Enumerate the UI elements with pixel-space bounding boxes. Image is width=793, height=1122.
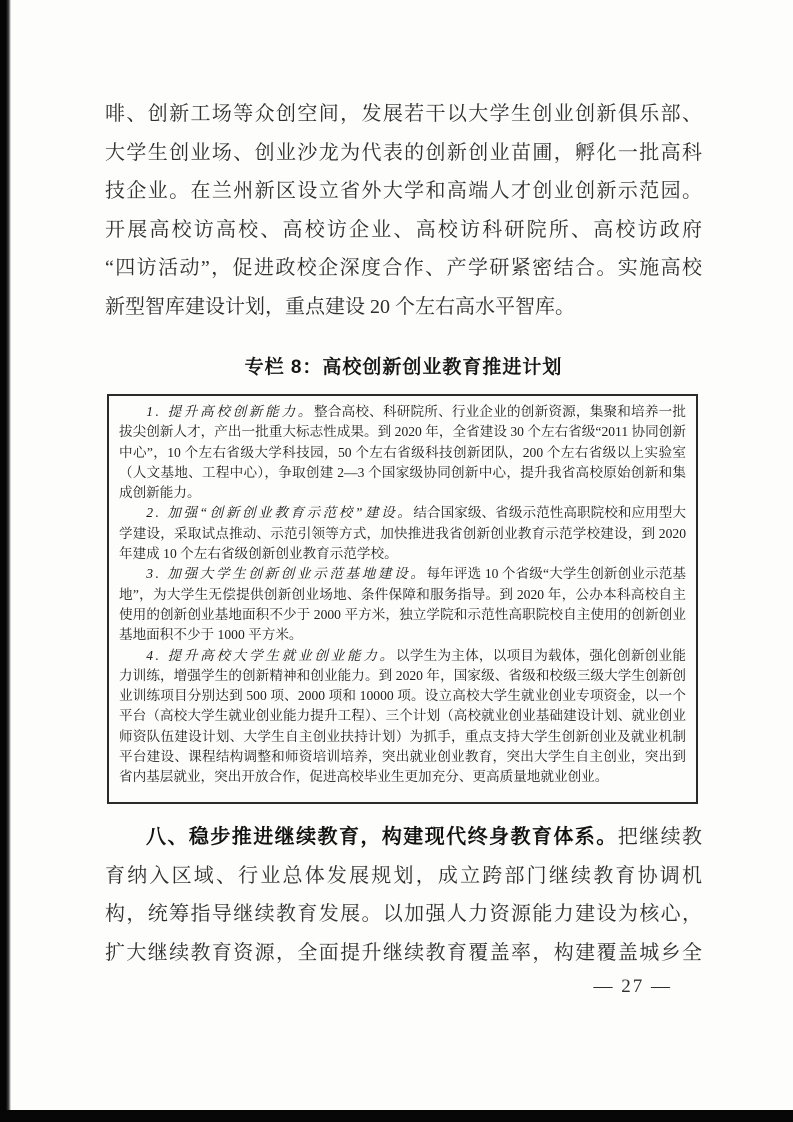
intro-line: 开展高校访高校、高校访企业、高校访科研院所、高校访政府: [105, 211, 702, 250]
box-paragraph-lead: 2. 加强“创新创业教育示范校”建设。: [146, 505, 413, 520]
intro-line: 啡、创新工场等众创空间，发展若干以大学生创业创新俱乐部、: [105, 95, 702, 134]
section-line: 八、稳步推进继续教育，构建现代终身教育体系。把继续教: [105, 818, 702, 857]
box-paragraph-lead: 3. 加强大学生创新创业示范基地建设。: [146, 566, 426, 581]
scan-edge-left: [0, 0, 11, 1122]
intro-line: 新型智库建设计划，重点建设 20 个左右高水平智库。: [105, 288, 702, 327]
section-heading: 八、稳步推进继续教育，构建现代终身教育体系。: [146, 826, 618, 848]
box-paragraph-lead: 4. 提升高校大学生就业创业能力。: [146, 648, 396, 663]
policy-box: 1. 提升高校创新能力。整合高校、科研院所、行业企业的创新资源，集聚和培养一批拔…: [107, 394, 698, 804]
section-line: 育纳入区域、行业总体发展规划，成立跨部门继续教育协调机: [105, 857, 702, 896]
intro-line: 技企业。在兰州新区设立省外大学和高端人才创业创新示范园。: [105, 172, 702, 211]
box-title: 专栏 8：高校创新创业教育推进计划: [105, 351, 702, 385]
box-paragraph-2: 2. 加强“创新创业教育示范校”建设。结合国家级、省级示范性高职院校和应用型大学…: [119, 503, 686, 564]
section-eight-paragraph: 八、稳步推进继续教育，构建现代终身教育体系。把继续教 育纳入区域、行业总体发展规…: [105, 818, 702, 972]
page-number: — 27 —: [105, 976, 702, 998]
intro-paragraph: 啡、创新工场等众创空间，发展若干以大学生创业创新俱乐部、 大学生创业场、创业沙龙…: [105, 95, 702, 327]
box-paragraph-lead: 1. 提升高校创新能力。: [146, 404, 314, 419]
intro-line: “四访活动”，促进政校企深度合作、产学研紧密结合。实施高校: [105, 249, 702, 288]
box-paragraph-4: 4. 提升高校大学生就业创业能力。以学生为主体，以项目为载体，强化创新创业能力训…: [119, 646, 686, 788]
box-paragraph-text: 以学生为主体，以项目为载体，强化创新创业能力训练，增强学生的创新精神和创业能力。…: [119, 648, 686, 785]
scanned-document-page: 啡、创新工场等众创空间，发展若干以大学生创业创新俱乐部、 大学生创业场、创业沙龙…: [0, 0, 793, 1122]
scan-edge-bottom: [0, 1110, 793, 1122]
section-line: 构，统筹指导继续教育发展。以加强人力资源能力建设为核心，: [105, 895, 702, 934]
intro-line: 大学生创业场、创业沙龙为代表的创新创业苗圃，孵化一批高科: [105, 134, 702, 173]
section-line-text: 把继续教: [618, 826, 702, 848]
box-paragraph-3: 3. 加强大学生创新创业示范基地建设。每年评选 10 个省级“大学生创新创业示范…: [119, 564, 686, 645]
box-paragraph-1: 1. 提升高校创新能力。整合高校、科研院所、行业企业的创新资源，集聚和培养一批拔…: [119, 402, 686, 503]
section-line: 扩大继续教育资源，全面提升继续教育覆盖率，构建覆盖城乡全: [105, 934, 702, 973]
